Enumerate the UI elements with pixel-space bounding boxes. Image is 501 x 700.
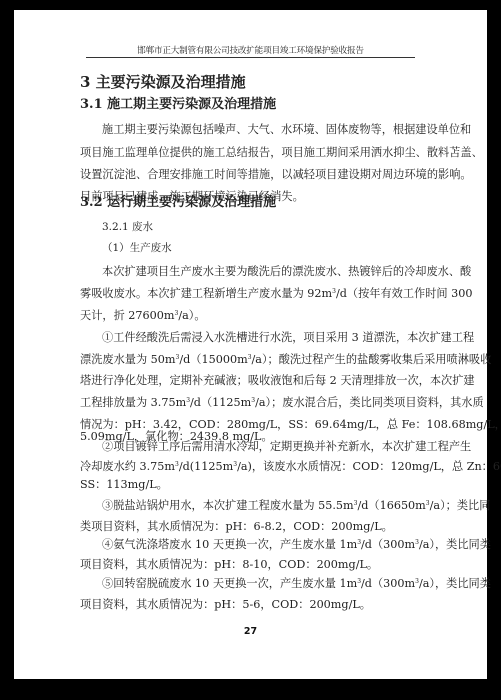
paragraph-line: ④氨气洗涤塔废水 10 天更换一次，产生废水量 1m3/d（300m3/a），类…: [102, 538, 420, 552]
paragraph-line: 冷却废水约 3.75m3/d(1125m3/a)，该废水水质情况：COD：120…: [80, 460, 420, 474]
section-3-heading: 3 主要污染源及治理措施: [80, 73, 420, 91]
paragraph-line: ②项目镀锌工序后需用清水冷却，定期更换并补充新水，本次扩建工程产生: [102, 440, 420, 454]
paragraph-line: 项目资料，其水质情况为：pH：8-10，COD：200mg/L。: [80, 558, 420, 572]
paragraph-line: 施工期主要污染源包括噪声、大气、水环境、固体废物等，根据建设单位和: [102, 123, 420, 137]
paragraph-line: 塔进行净化处理，定期补充碱液；吸收液饱和后每 2 天清理排放一次，本次扩建: [80, 374, 420, 388]
paragraph-line: 类项目资料，其水质情况为：pH：6-8.2，COD：200mg/L。: [80, 520, 420, 534]
paragraph-line: 漂洗废水量为 50m3/d（15000m3/a）；酸洗过程产生的盐酸雾收集后采用…: [80, 353, 420, 367]
paragraph-line: 工程排放量为 3.75m3/d（1125m3/a）；废水混合后，类比同类项目资料…: [80, 396, 420, 410]
document-page: 邯郸市正大制管有限公司技改扩能项目竣工环境保护验收报告 3 主要污染源及治理措施…: [14, 10, 487, 679]
section-3-1-heading: 3.1 施工期主要污染源及治理措施: [80, 97, 420, 113]
section-3-2-heading: 3.2 运行期主要污染源及治理措施: [80, 195, 420, 211]
subheading-production-wastewater: （1）生产废水: [102, 241, 420, 255]
paragraph-line: 天计，折 27600m3/a）。: [80, 309, 420, 323]
page-number: 27: [14, 626, 487, 637]
paragraph-line: ③脱盐站锅炉用水，本次扩建工程废水量为 55.5m3/d（16650m3/a）；…: [102, 499, 420, 513]
section-3-2-1-heading: 3.2.1 废水: [102, 220, 420, 234]
paragraph-line: 项目施工监理单位提供的施工总结报告，项目施工期间采用洒水抑尘、散料苫盖、: [80, 146, 420, 160]
running-header: 邯郸市正大制管有限公司技改扩能项目竣工环境保护验收报告: [86, 44, 415, 56]
paragraph-line: 设置沉淀池、合理安排施工时间等措施，以减轻项目建设期对周边环境的影响。: [80, 168, 420, 182]
header-rule: [86, 57, 415, 58]
paragraph-line: 本次扩建项目生产废水主要为酸洗后的漂洗废水、热镀锌后的冷却废水、酸: [102, 265, 420, 279]
paragraph-line: ⑤回转窑脱硫废水 10 天更换一次，产生废水量 1m3/d（300m3/a），类…: [102, 577, 420, 591]
paragraph-line: 雾吸收废水。本次扩建工程新增生产废水量为 92m3/d（按年有效工作时间 300: [80, 287, 420, 301]
paragraph-line: SS：113mg/L。: [80, 478, 420, 492]
paragraph-line: 项目资料，其水质情况为：pH：5-6，COD：200mg/L。: [80, 598, 420, 612]
paragraph-line: ①工件经酸洗后需浸入水洗槽进行水洗，项目采用 3 道漂洗，本次扩建工程: [102, 331, 420, 345]
